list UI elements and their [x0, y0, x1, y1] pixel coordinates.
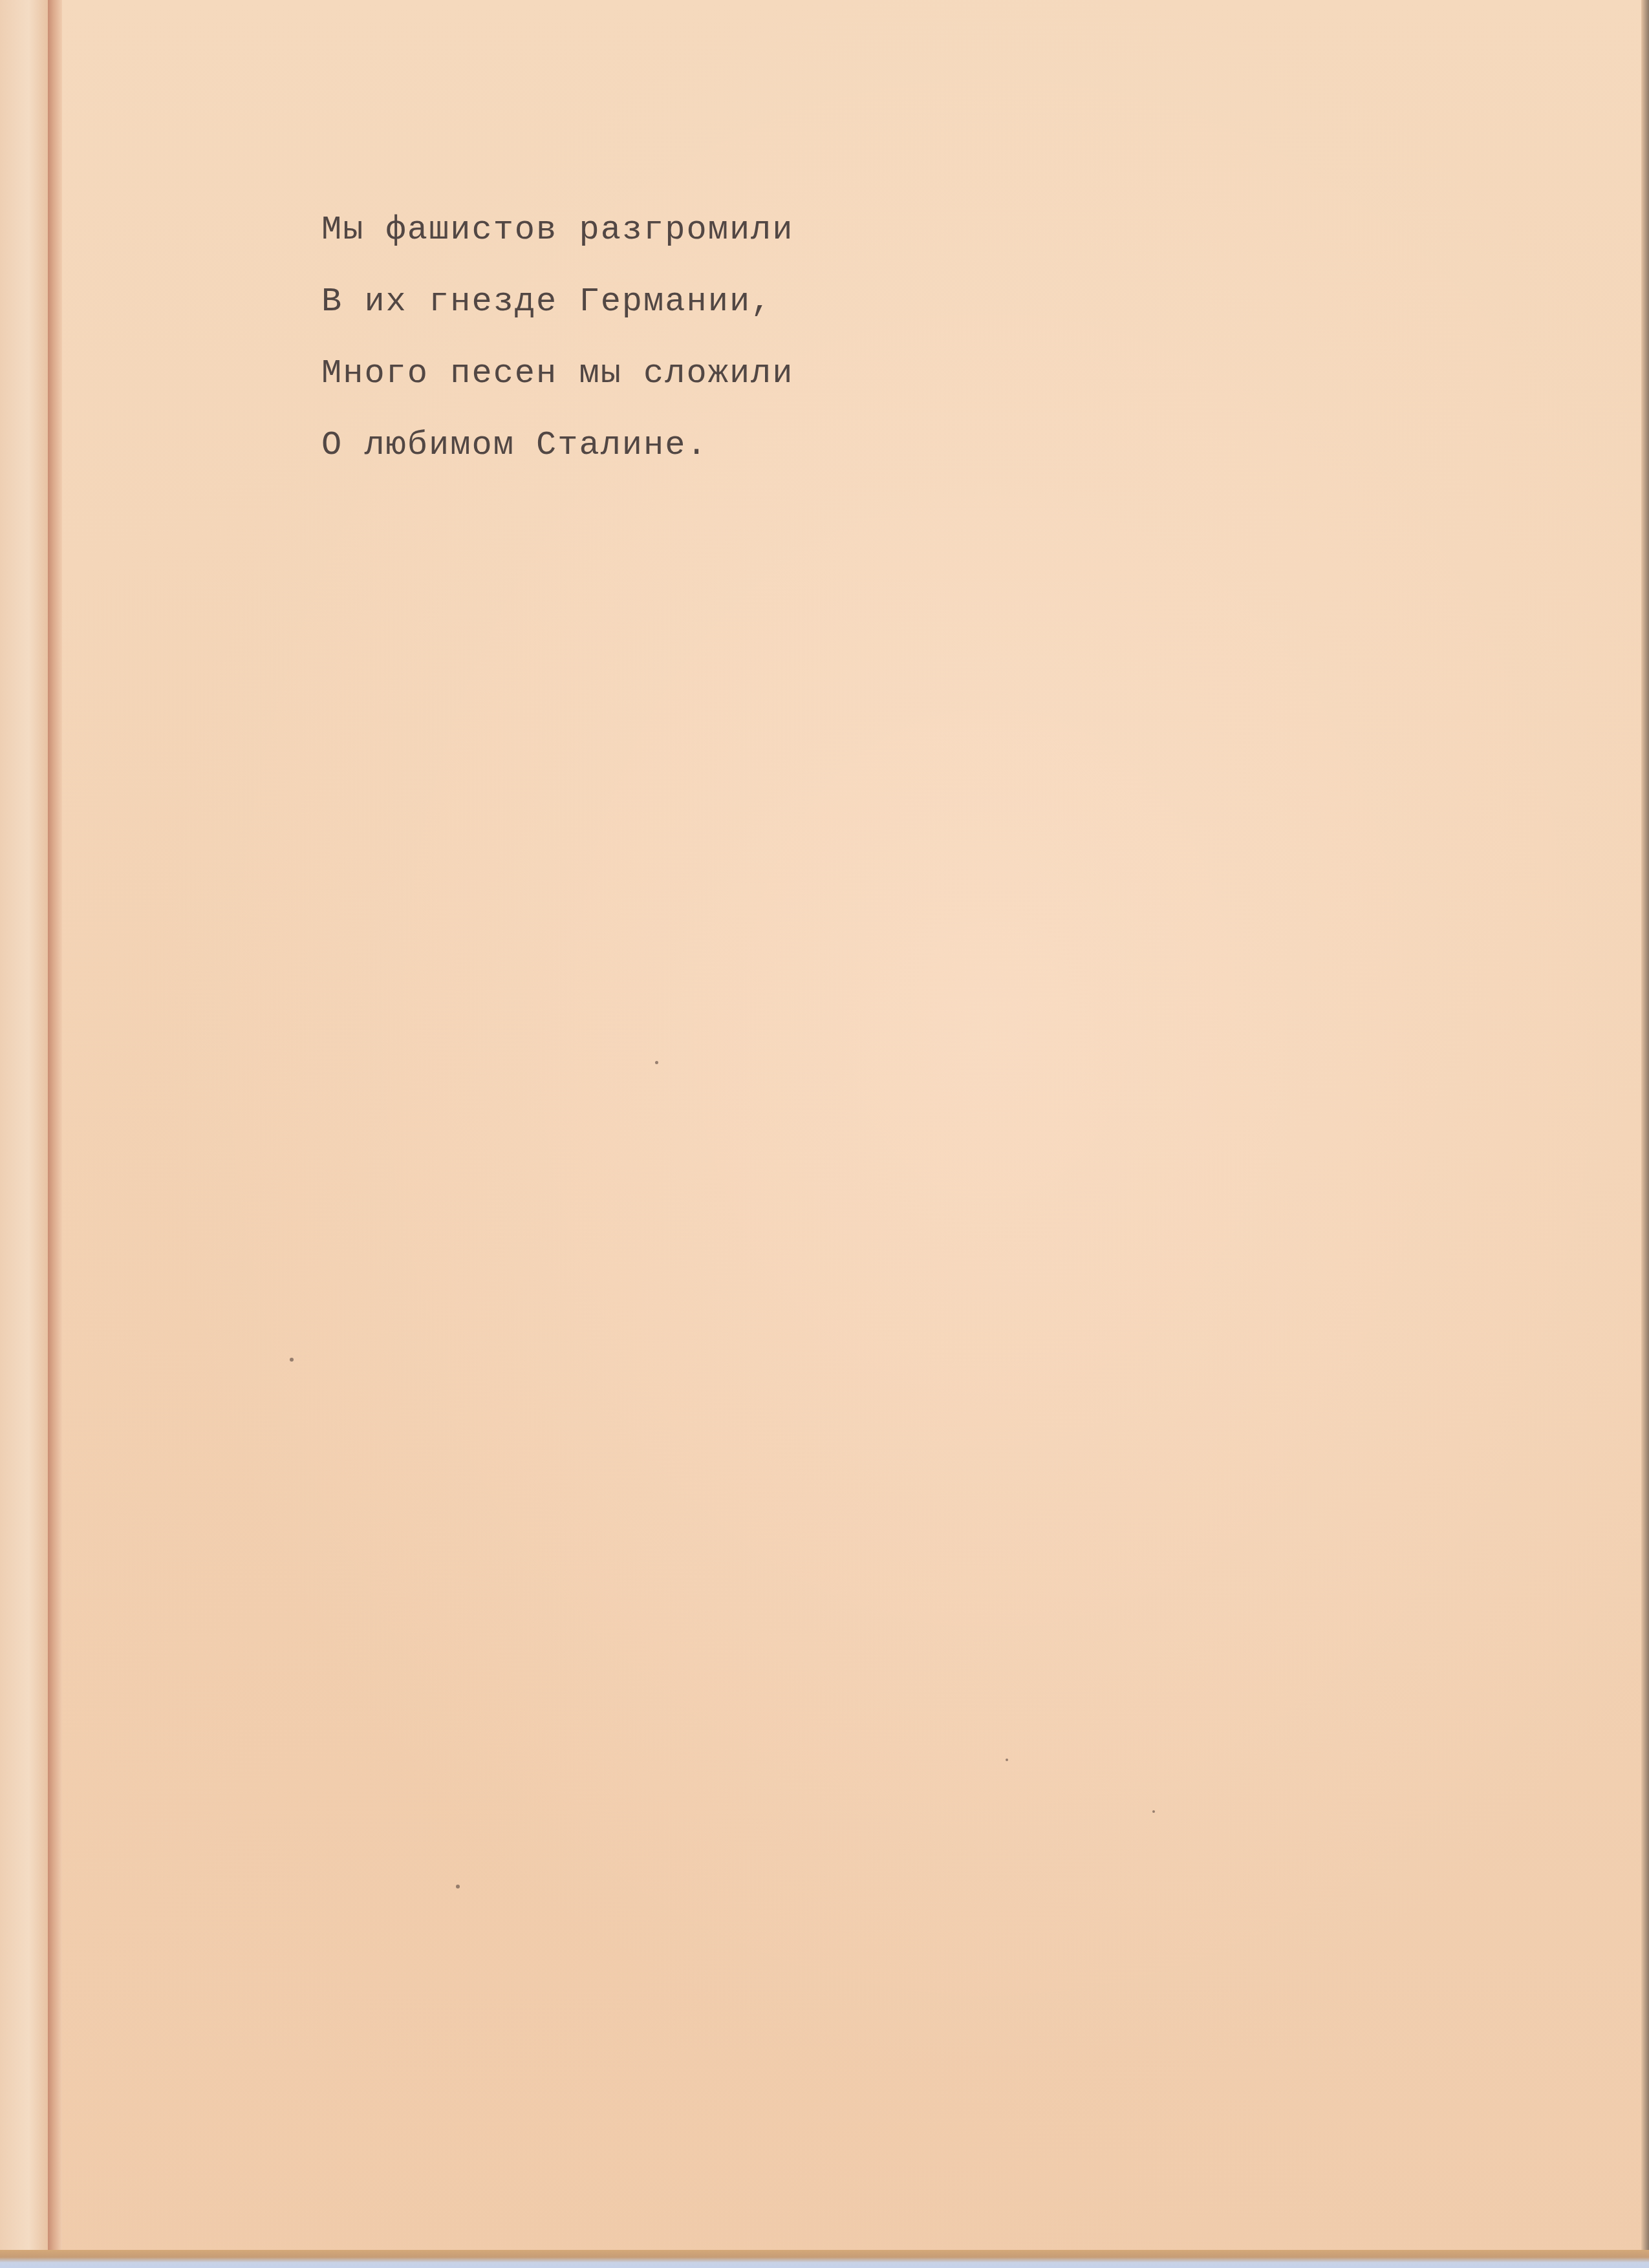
paper-speck — [1006, 1759, 1008, 1761]
binding-fold — [48, 0, 62, 2250]
paper-background — [0, 0, 1649, 2268]
page-right-edge — [1641, 0, 1649, 2250]
poem-line-1: Мы фашистов разгромили — [321, 194, 794, 266]
paper-speck — [655, 1061, 658, 1064]
paper-speck — [1152, 1810, 1155, 1813]
poem-line-3: Много песен мы сложили — [321, 337, 794, 409]
poem-line-2: В их гнезде Германии, — [321, 266, 794, 337]
poem-stanza: Мы фашистов разгромили В их гнезде Герма… — [321, 194, 794, 481]
poem-line-4: О любимом Сталине. — [321, 409, 794, 481]
page-bottom-edge — [0, 2250, 1649, 2268]
binding-strip — [0, 0, 48, 2250]
paper-speck — [290, 1358, 294, 1362]
paper-speck — [456, 1885, 460, 1888]
